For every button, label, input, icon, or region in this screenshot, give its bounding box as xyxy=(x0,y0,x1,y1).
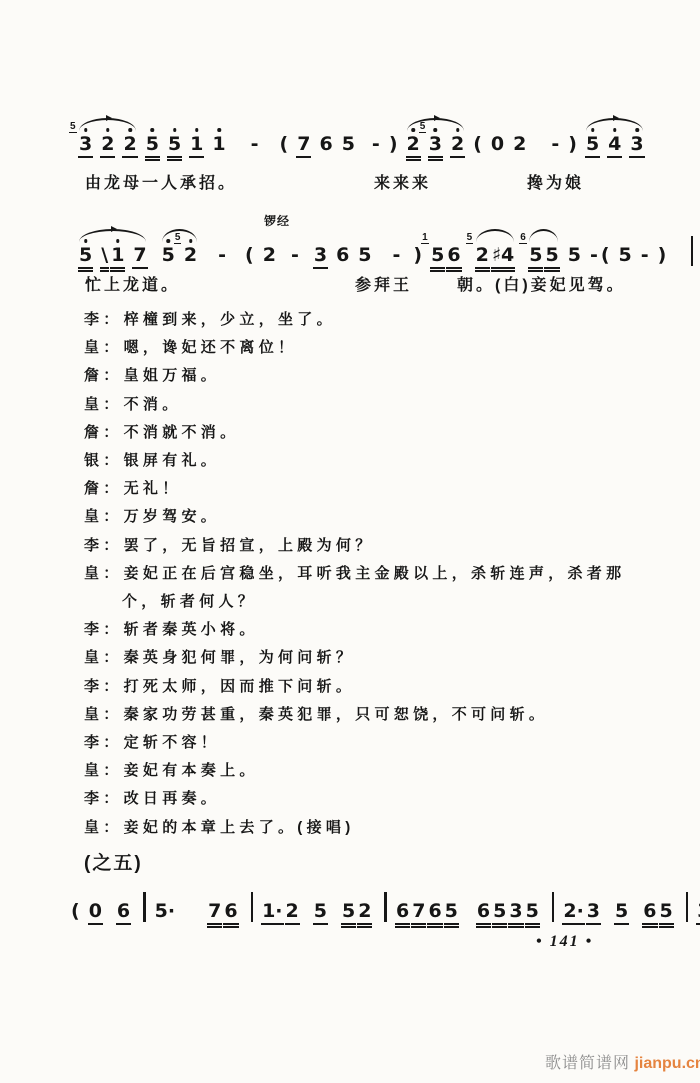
music-note: 5 xyxy=(544,245,559,269)
lyric-text: 忙上龙道。 xyxy=(85,272,180,295)
dialogue-text: 斩者秦英小将。 xyxy=(124,621,259,638)
dialogue-text: 定斩不容！ xyxy=(124,734,221,751)
music-note: 2 xyxy=(262,245,277,269)
music-line-2: 5\17552-(2-365-)15652♯46555-(5-)锣经忙上龙道。参… xyxy=(78,214,700,269)
music-note: 3 xyxy=(508,901,523,925)
music-note: 5 xyxy=(78,245,93,269)
music-note: 5 xyxy=(341,901,356,925)
dialogue-text: 不消。 xyxy=(124,396,182,413)
dialogue-line: 皇：嗯，谗妃还不离位！ xyxy=(84,334,632,362)
dialogue-entry: 詹：无礼！ xyxy=(84,475,632,503)
grace-note: 5 xyxy=(466,232,474,244)
dialogue-speaker: 詹： xyxy=(84,424,123,441)
music-note: 7 xyxy=(132,245,147,269)
music-note: 6 xyxy=(116,901,131,925)
music-note: 52 xyxy=(475,245,490,269)
dialogue-speaker: 皇： xyxy=(84,649,123,666)
dialogue-text: 打死太师，因而推下问斩。 xyxy=(124,678,356,695)
dialogue-line: 皇：妾妃有本奏上。 xyxy=(84,757,632,785)
dialogue-line: 李：斩者秦英小将。 xyxy=(84,616,632,644)
music-note: 6 xyxy=(446,245,461,269)
dialogue-text: 万岁驾安。 xyxy=(124,508,221,525)
dialogue-line: 银：银屏有礼。 xyxy=(84,447,632,475)
dialogue-entry: 皇：妾妃的本章上去了。(接唱) xyxy=(84,814,632,842)
dialogue-entry: 皇：妾妃有本奏上。 xyxy=(84,757,632,785)
music-symbol: - xyxy=(550,134,560,158)
music-note: 5 xyxy=(614,901,629,925)
music-note: 5 xyxy=(167,134,182,158)
dialogue-speaker: 皇： xyxy=(84,339,123,356)
slur-arc xyxy=(529,229,558,242)
final-barline xyxy=(691,236,700,266)
music-note: 3 xyxy=(696,901,700,925)
music-symbol: ) xyxy=(567,134,578,158)
barline xyxy=(552,892,555,922)
dialogue-entry: 詹：皇姐万福。 xyxy=(84,362,632,390)
music-note: 6 xyxy=(395,901,410,925)
dialogue-entry: 詹：不消就不消。 xyxy=(84,419,632,447)
music-note: 5 xyxy=(444,901,459,925)
slur-arc xyxy=(79,118,136,131)
music-space xyxy=(267,149,279,150)
grace-note: 5 xyxy=(69,121,77,133)
dialogue-speaker: 皇： xyxy=(84,819,123,836)
music-note: 1· xyxy=(261,901,283,925)
music-symbol: - xyxy=(250,134,260,158)
dialogue-line: 詹：无礼！ xyxy=(84,475,632,503)
slur-arc xyxy=(407,118,464,131)
music-note: 7 xyxy=(296,134,311,158)
music-note: 5 xyxy=(492,901,507,925)
music-line-1: 53225511-(765-)2532(02-)543由龙母一人承招。来来来搀为… xyxy=(78,112,652,158)
music-space xyxy=(138,916,140,917)
dialogue-text: 嗯，谗妃还不离位！ xyxy=(124,339,298,356)
music-note: 3 xyxy=(586,901,601,925)
dialogue-line: 李：改日再奏。 xyxy=(84,785,632,813)
music-note: 5 xyxy=(618,245,633,269)
music-space xyxy=(466,916,476,917)
dialogue-entry: 李：改日再奏。 xyxy=(84,785,632,813)
music-symbol: ( xyxy=(70,901,81,925)
music-note: 5 xyxy=(585,134,600,158)
dialogue-entry: 李：定斩不容！ xyxy=(84,729,632,757)
dialogue-entry: 皇：秦家功劳甚重，秦英犯罪，只可恕饶，不可问斩。 xyxy=(84,701,632,729)
dialogue-speaker: 詹： xyxy=(84,480,123,497)
music-note: 2 xyxy=(450,134,465,158)
lyric-text: 由龙母一人承招。 xyxy=(85,170,237,193)
music-note: 1 xyxy=(110,245,125,269)
music-note: 53 xyxy=(428,134,443,158)
slur-arc xyxy=(586,118,643,131)
watermark-site-name: 歌谱简谱网 xyxy=(545,1055,630,1072)
music-note: 3 xyxy=(629,134,644,158)
score-page: 53225511-(765-)2532(02-)543由龙母一人承招。来来来搀为… xyxy=(0,0,700,1083)
barline xyxy=(686,892,689,922)
music-symbol: ( xyxy=(244,245,255,269)
dialogue-text: 改日再奏。 xyxy=(124,790,221,807)
dialogue-entry: 皇：万岁驾安。 xyxy=(84,503,632,531)
watermark-site-url: jianpu.cn xyxy=(634,1055,700,1072)
music-note: 5 xyxy=(313,901,328,925)
music-symbol: ( xyxy=(600,245,611,269)
lyric-text: 朝。(白)妾妃见驾。 xyxy=(457,272,626,295)
music-note: 1 xyxy=(189,134,204,158)
slur-arc xyxy=(162,229,197,242)
barline xyxy=(251,892,254,922)
music-note: 5 xyxy=(357,245,372,269)
music-space xyxy=(234,149,250,150)
dialogue-line: 詹：皇姐万福。 xyxy=(84,362,632,390)
music-note: 5· xyxy=(154,901,176,925)
music-symbol: - xyxy=(589,245,599,269)
dialogue-entry: 银：银屏有礼。 xyxy=(84,447,632,475)
dialogue-entry: 皇：嗯，谗妃还不离位！ xyxy=(84,334,632,362)
music-note: 2 xyxy=(406,134,421,158)
music-space xyxy=(380,260,392,261)
lyric-text: 搀为娘 xyxy=(527,170,584,193)
music-symbol: ( xyxy=(279,134,290,158)
music-note: 5 xyxy=(567,245,582,269)
music-symbol: - xyxy=(392,245,402,269)
music-note: 7 xyxy=(207,901,222,925)
dialogue-line: 皇：秦英身犯何罪，为何问斩？ xyxy=(84,644,632,672)
music-note: 3 xyxy=(313,245,328,269)
music-symbol: ( xyxy=(472,134,483,158)
music-space xyxy=(363,149,371,150)
dialogue-list: 李：梓橦到来，少立，坐了。 皇：嗯，谗妃还不离位！ 詹：皇姐万福。 皇：不消。 … xyxy=(84,306,632,842)
music-note: 7 xyxy=(411,901,426,925)
octave-dot xyxy=(173,128,177,132)
music-note: 6 xyxy=(427,901,442,925)
dialogue-text: 妾妃正在后宫稳坐，耳听我主金殿以上，杀斩连声，杀者那 xyxy=(124,565,626,582)
music-note: 2 xyxy=(512,134,527,158)
music-space xyxy=(183,916,207,917)
music-note: 5 xyxy=(659,901,674,925)
music-note: 2 xyxy=(122,134,137,158)
dialogue-speaker: 皇： xyxy=(84,565,123,582)
music-space xyxy=(681,916,683,917)
dialogue-line-continuation: 个，斩者何人？ xyxy=(84,588,632,616)
music-note: 4 xyxy=(607,134,622,158)
music-note: 6 xyxy=(318,134,333,158)
music-symbol: - xyxy=(290,245,300,269)
grace-note: 1 xyxy=(421,232,429,244)
dialogue-entry: 皇：不消。 xyxy=(84,391,632,419)
music-note: 6 xyxy=(223,901,238,925)
music-space xyxy=(534,149,550,150)
dialogue-text: 无礼！ xyxy=(124,480,182,497)
dialogue-entry: 李：罢了，无旨招宣，上殿为何？ xyxy=(84,532,632,560)
dialogue-speaker: 皇： xyxy=(84,508,123,525)
slur-arc xyxy=(79,229,146,242)
music-note: 1 xyxy=(211,134,226,158)
music-space xyxy=(547,916,549,917)
dialogue-text: 银屏有礼。 xyxy=(124,452,221,469)
music-space xyxy=(246,916,248,917)
dialogue-line: 李：定斩不容！ xyxy=(84,729,632,757)
music-space xyxy=(234,260,244,261)
music-symbol: ) xyxy=(412,245,423,269)
barline xyxy=(143,892,146,922)
dialogue-speaker: 李： xyxy=(84,537,123,554)
music-note: 6 xyxy=(642,901,657,925)
dialogue-entry: 皇：妾妃正在后宫稳坐，耳听我主金殿以上，杀斩连声，杀者那 个，斩者何人？ xyxy=(84,560,632,616)
music-space xyxy=(379,916,381,917)
music-note: 0 xyxy=(88,901,103,925)
dialogue-text: 梓橦到来，少立，坐了。 xyxy=(124,311,336,328)
dialogue-line: 皇：不消。 xyxy=(84,391,632,419)
music-note: 5 xyxy=(145,134,160,158)
lyric-text: 参拜王 xyxy=(355,272,412,295)
dialogue-speaker: 詹： xyxy=(84,367,123,384)
dialogue-line: 李：梓橦到来，少立，坐了。 xyxy=(84,306,632,334)
dialogue-text: 皇姐万福。 xyxy=(124,367,221,384)
dialogue-line: 詹：不消就不消。 xyxy=(84,419,632,447)
octave-dot xyxy=(195,128,199,132)
dialogue-entry: 李：打死太师，因而推下问斩。 xyxy=(84,673,632,701)
page-number: • 141 • xyxy=(536,933,593,951)
dialogue-text: 秦家功劳甚重，秦英犯罪，只可恕饶，不可问斩。 xyxy=(124,706,549,723)
music-symbol: ) xyxy=(388,134,399,158)
dialogue-speaker: 李： xyxy=(84,678,123,695)
dialogue-entry: 李：梓橦到来，少立，坐了。 xyxy=(84,306,632,334)
dialogue-entry: 李：斩者秦英小将。 xyxy=(84,616,632,644)
octave-dot xyxy=(151,128,155,132)
music-note: 6 xyxy=(335,245,350,269)
music-symbol: - xyxy=(217,245,227,269)
music-note: 53 xyxy=(78,134,93,158)
octave-dot xyxy=(217,128,221,132)
dialogue-text: 妾妃有本奏上。 xyxy=(124,762,259,779)
slur-arc xyxy=(476,229,514,242)
dialogue-text: 罢了，无旨招宣，上殿为何？ xyxy=(124,537,375,554)
percussion-annotation: 锣经 xyxy=(264,212,290,229)
music-note: 15 xyxy=(430,245,445,269)
dialogue-text: 秦英身犯何罪，为何问斩？ xyxy=(124,649,356,666)
music-note: 5 xyxy=(525,901,540,925)
barline xyxy=(384,892,387,922)
dialogue-line: 李：罢了，无旨招宣，上殿为何？ xyxy=(84,532,632,560)
music-note: 52 xyxy=(183,245,198,269)
music-symbol: ) xyxy=(657,245,668,269)
dialogue-speaker: 银： xyxy=(84,452,123,469)
dialogue-line: 皇：秦家功劳甚重，秦英犯罪，只可恕饶，不可问斩。 xyxy=(84,701,632,729)
music-line-3: (065·761·2552676565352·3565353532 xyxy=(70,870,700,925)
dialogue-text: 妾妃的本章上去了。(接唱) xyxy=(124,819,355,836)
dialogue-entry: 皇：秦英身犯何罪，为何问斩？ xyxy=(84,644,632,672)
dialogue-speaker: 皇： xyxy=(84,706,123,723)
grace-note: 6 xyxy=(519,232,527,244)
music-space xyxy=(205,260,217,261)
dialogue-speaker: 皇： xyxy=(84,762,123,779)
music-note: 5 xyxy=(341,134,356,158)
music-space xyxy=(674,260,688,261)
lyric-text: 来来来 xyxy=(374,170,431,193)
music-note: 0 xyxy=(490,134,505,158)
dialogue-speaker: 皇： xyxy=(84,396,123,413)
watermark: 歌谱简谱网 jianpu.cn xyxy=(545,1050,700,1073)
dialogue-line: 李：打死太师，因而推下问斩。 xyxy=(84,673,632,701)
dialogue-line: 皇：妾妃正在后宫稳坐，耳听我主金殿以上，杀斩连声，杀者那 xyxy=(84,560,632,588)
dialogue-speaker: 李： xyxy=(84,621,123,638)
dialogue-speaker: 李： xyxy=(84,734,123,751)
dialogue-line: 皇：妾妃的本章上去了。(接唱) xyxy=(84,814,632,842)
dialogue-line: 皇：万岁驾安。 xyxy=(84,503,632,531)
dialogue-speaker: 李： xyxy=(84,311,123,328)
music-note: 2 xyxy=(357,901,372,925)
dialogue-text: 不消就不消。 xyxy=(124,424,240,441)
music-symbol: - xyxy=(640,245,650,269)
music-note: 65 xyxy=(528,245,543,269)
music-note: 5 xyxy=(161,245,176,269)
music-note: 2· xyxy=(562,901,584,925)
dialogue-speaker: 李： xyxy=(84,790,123,807)
music-note: ♯4 xyxy=(491,245,515,269)
music-note: 2 xyxy=(100,134,115,158)
music-note: 2 xyxy=(285,901,300,925)
music-note: 6 xyxy=(476,901,491,925)
music-symbol: \ xyxy=(100,245,109,269)
music-symbol: - xyxy=(371,134,381,158)
